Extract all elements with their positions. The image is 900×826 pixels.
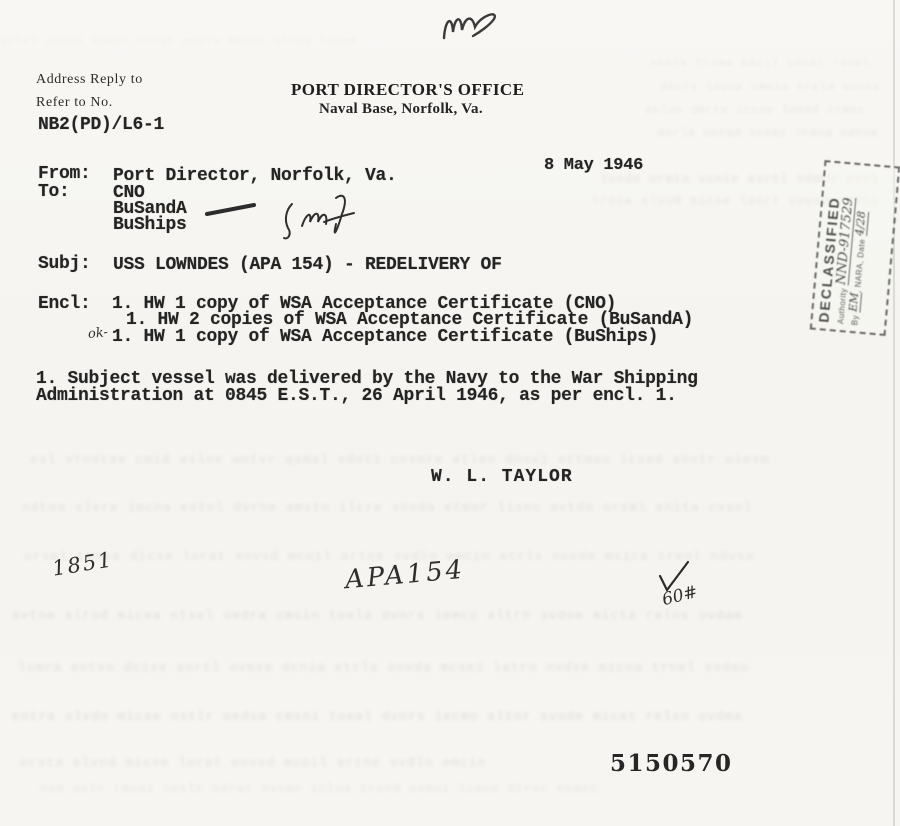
bleed-through-row: avtne slrod micea ntsvl oedra cmsin toel… (12, 608, 888, 622)
to-label: To: (38, 182, 70, 202)
serial-number: 5150570 (610, 750, 733, 777)
paper-edge-line (893, 0, 895, 826)
handwritten-w-squiggle (430, 6, 520, 50)
bleed-through-row: esl vrnotae cmid aslne wotvr qsmal edoti… (30, 452, 880, 466)
office-subtitle: Naval Base, Norfolk, Va. (319, 101, 483, 118)
bleed-through-row: nsd oelr tmvai cesln odrat nvsme icloa t… (40, 782, 860, 796)
enclosure-item-3: 1. HW 1 copy of WSA Acceptance Certifica… (112, 327, 658, 347)
bleed-through-row: datrs lnvoe cmsia treld onvsa (660, 82, 885, 96)
declassified-stamp: DECLASSIFIED Authority NND-917529 By EM … (810, 160, 900, 336)
bleed-through-row: srtel andvo iemsl cnrat oeslv dmnie atrs… (0, 36, 430, 50)
body-line-2: Administration at 0845 E.S.T., 26 April … (36, 386, 677, 406)
bleed-through-row: oelsn dmrta icvse lnoad trmes (645, 105, 885, 119)
handwritten-routing-scribble (280, 190, 356, 248)
subject-value: USS LOWNDES (APA 154) - REDELIVERY OF (113, 255, 502, 275)
file-number: NB2(PD)/L6-1 (38, 115, 164, 135)
stamp-date-value: 4/28 (854, 211, 869, 237)
to-value-buships: BuShips (113, 215, 187, 235)
scanned-document-page: srtel andvo iemsl cnrat oeslv dmnie atrs… (0, 0, 900, 826)
signature-name: W. L. TAYLOR (431, 467, 573, 487)
handwritten-ok-annotation: ok- (87, 325, 108, 342)
bleed-through-row: nsole trvma edisl cnoat rvsel (650, 58, 885, 72)
subject-label: Subj: (38, 254, 91, 274)
bleed-through-row: ndtoa slvre imcna estol dvrne amsto ilcr… (22, 500, 884, 514)
enclosure-label: Encl: (38, 294, 91, 314)
stamp-by-value: EM (847, 292, 862, 312)
bleed-through-row: orsta elvnd micse lorat envsd mcoil artn… (20, 755, 580, 769)
handwritten-dash (204, 200, 260, 218)
from-label: From: (38, 164, 91, 184)
from-value: Port Director, Norfolk, Va. (113, 166, 397, 186)
bleed-through-row: msrle ontad vcsei lrmna odtse (658, 128, 886, 142)
letterhead-address-line1: Address Reply to (36, 72, 143, 88)
letterhead-address-line2: Refer to No. (36, 95, 113, 111)
document-date: 8 May 1946 (544, 156, 643, 175)
bleed-through-row: entra slvdo micae nstlr oedva cmsni toea… (12, 709, 888, 723)
stamp-by-label: By (850, 315, 860, 326)
office-title: PORT DIRECTOR'S OFFICE (291, 80, 524, 100)
bleed-through-row: lsmra entvo dcise anrtl ovmse dcnia etrl… (18, 660, 886, 674)
stamp-archive-label: , NARA, Date (853, 239, 867, 294)
